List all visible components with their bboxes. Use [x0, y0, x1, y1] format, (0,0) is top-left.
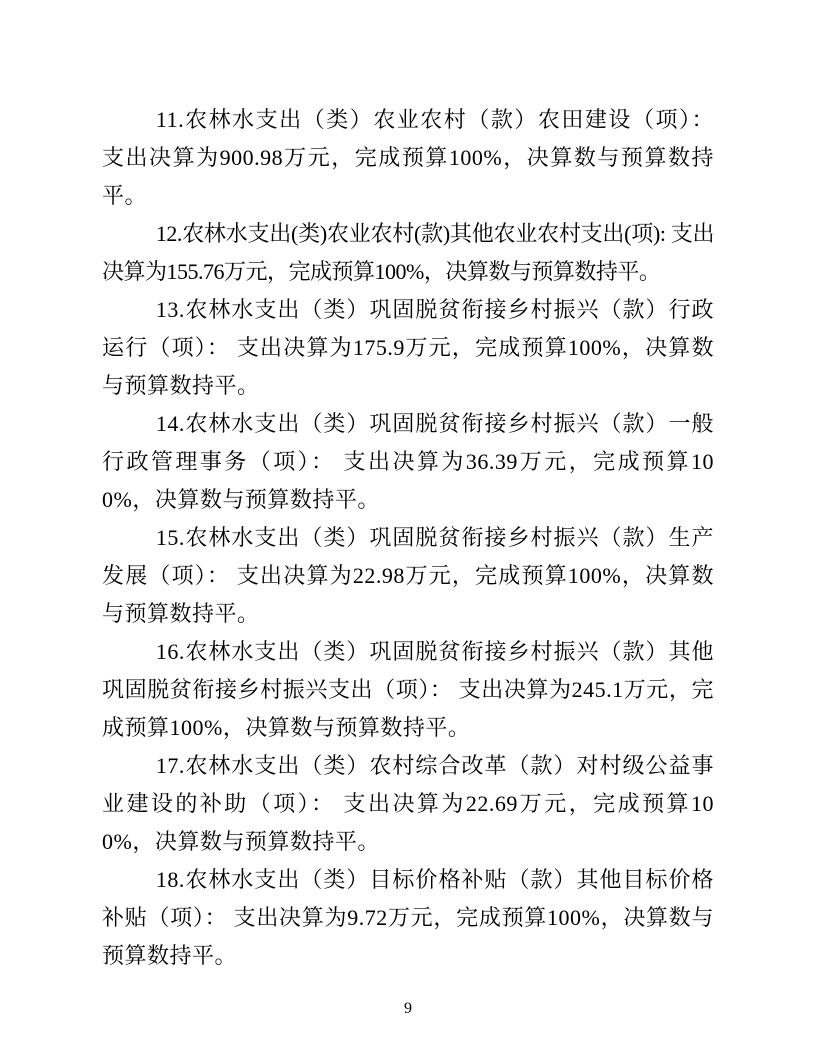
budget-paragraph-17: 17.农林水支出（类）农村综合改革（款）对村级公益事业建设的补助（项）： 支出决…: [102, 747, 714, 861]
document-body: 11.农林水支出（类）农业农村（款）农田建设（项）： 支出决算为900.98万元…: [102, 101, 714, 975]
budget-paragraph-14: 14.农林水支出（类）巩固脱贫衔接乡村振兴（款）一般行政管理事务（项）： 支出决…: [102, 405, 714, 519]
page-number: 9: [0, 998, 816, 1020]
budget-paragraph-13: 13.农林水支出（类）巩固脱贫衔接乡村振兴（款）行政运行（项）： 支出决算为17…: [102, 291, 714, 405]
document-page: 11.农林水支出（类）农业农村（款）农田建设（项）： 支出决算为900.98万元…: [0, 0, 816, 1056]
budget-paragraph-11: 11.农林水支出（类）农业农村（款）农田建设（项）： 支出决算为900.98万元…: [102, 101, 714, 215]
budget-paragraph-16: 16.农林水支出（类）巩固脱贫衔接乡村振兴（款）其他巩固脱贫衔接乡村振兴支出（项…: [102, 633, 714, 747]
budget-paragraph-15: 15.农林水支出（类）巩固脱贫衔接乡村振兴（款）生产发展（项）： 支出决算为22…: [102, 519, 714, 633]
budget-paragraph-18: 18.农林水支出（类）目标价格补贴（款）其他目标价格补贴（项）： 支出决算为9.…: [102, 861, 714, 975]
budget-paragraph-12: 12.农林水支出(类)农业农村(款)其他农业农村支出(项): 支出决算为155.…: [102, 215, 714, 291]
